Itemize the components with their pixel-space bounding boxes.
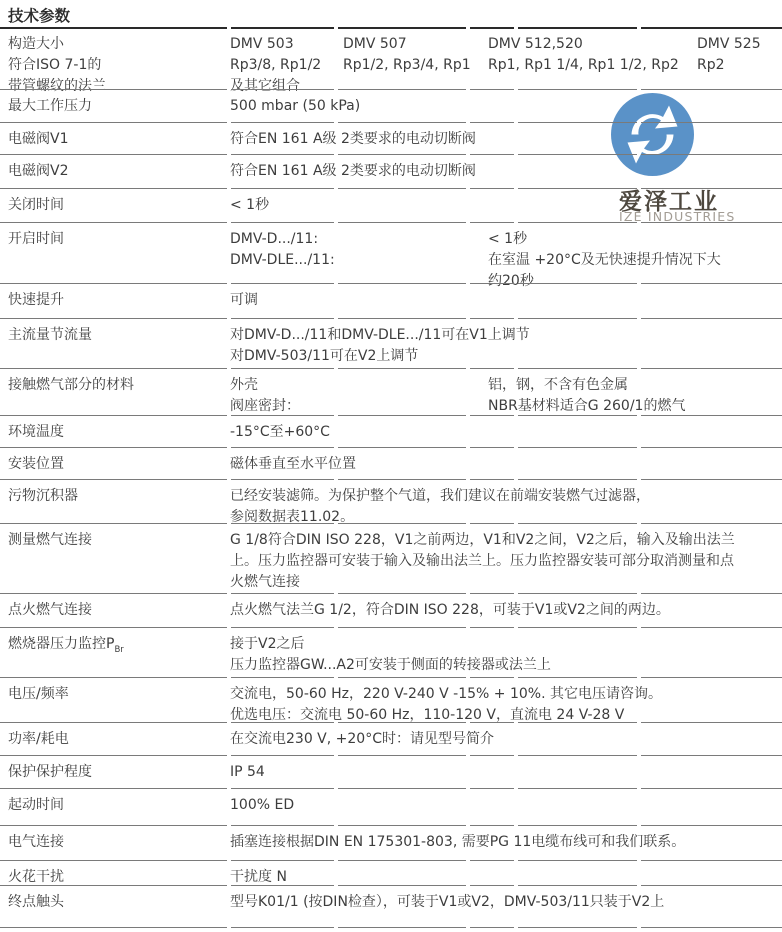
cell-value: 磁体垂直至水平位置 — [230, 454, 356, 475]
cell-value: < 1秒 — [230, 195, 269, 216]
cell-value: DMV 512,520Rp1, Rp1 1/4, Rp1 1/2, Rp2 — [488, 34, 679, 76]
row-separator — [0, 89, 782, 90]
table-row: 点火燃气连接点火燃气法兰G 1/2，符合DIN ISO 228，可装于V1或V2… — [0, 593, 782, 627]
table-row: 电磁阀V2符合EN 161 A级 2类要求的电动切断阀 — [0, 154, 782, 188]
row-label: 保护保护程度 — [8, 762, 92, 783]
table-row: 保护保护程度IP 54 — [0, 755, 782, 788]
row-label: 测量燃气连接 — [8, 530, 92, 551]
cell-value: -15°C至+60°C — [230, 422, 330, 443]
cell-value: 型号K01/1 (按DIN检查），可装于V1或V2，DMV-503/11只装于V… — [230, 892, 664, 913]
row-separator — [0, 415, 782, 416]
row-separator — [0, 788, 782, 789]
row-separator — [0, 188, 782, 189]
row-separator — [0, 677, 782, 678]
row-label: 电磁阀V1 — [8, 129, 68, 150]
row-separator — [0, 755, 782, 756]
table-row: 功率/耗电在交流电230 V, +20°C时：请见型号简介 — [0, 722, 782, 755]
cell-value: 接于V2之后压力监控器GW...A2可安装于侧面的转接器或法兰上 — [230, 634, 551, 676]
row-separator — [0, 27, 782, 29]
row-separator — [0, 593, 782, 594]
table-row: 污物沉积器已经安装滤筛。为保护整个气道，我们建议在前端安装燃气过滤器，参阅数据表… — [0, 479, 782, 523]
cell-value: 铝，钢，不含有色金属NBR基材料适合G 260/1的燃气 — [488, 375, 685, 417]
row-separator — [0, 283, 782, 284]
row-label: 接触燃气部分的材料 — [8, 375, 134, 396]
row-label: 点火燃气连接 — [8, 600, 92, 621]
cell-value: 点火燃气法兰G 1/2，符合DIN ISO 228，可装于V1或V2之间的两边。 — [230, 600, 670, 621]
row-separator — [0, 122, 782, 123]
table-row: 主流量节流量对DMV-D.../11和DMV-DLE.../11可在V1上调节对… — [0, 318, 782, 368]
row-label: 开启时间 — [8, 229, 64, 250]
table-row: 最大工作压力500 mbar (50 kPa) — [0, 89, 782, 122]
cell-value: 在交流电230 V, +20°C时：请见型号简介 — [230, 729, 494, 750]
row-label: 终点触头 — [8, 892, 64, 913]
cell-value: 符合EN 161 A级 2类要求的电动切断阀 — [230, 129, 476, 150]
table-row: 安装位置磁体垂直至水平位置 — [0, 447, 782, 479]
table-row: 环境温度-15°C至+60°C — [0, 415, 782, 447]
row-separator — [0, 523, 782, 524]
row-label: 电气连接 — [8, 832, 64, 853]
row-separator — [0, 479, 782, 480]
cell-value: 可调 — [230, 290, 258, 311]
table-row: 起动时间100% ED — [0, 788, 782, 825]
row-separator — [0, 318, 782, 319]
row-label: 最大工作压力 — [8, 96, 92, 117]
table-row: 电压/频率交流电，50-60 Hz，220 V-240 V -15% + 10%… — [0, 677, 782, 722]
table-row: 开启时间DMV-D.../11:DMV-DLE.../11:< 1秒在室温 +2… — [0, 222, 782, 283]
page-title: 技术参数 — [8, 4, 70, 26]
row-label: 构造大小符合ISO 7-1的带管螺纹的法兰 — [8, 34, 106, 97]
row-label: 燃烧器压力监控PBr — [8, 634, 124, 655]
row-separator — [0, 627, 782, 628]
table-row: 快速提升可调 — [0, 283, 782, 318]
table-row: 电磁阀V1符合EN 161 A级 2类要求的电动切断阀 — [0, 122, 782, 154]
cell-value: 插塞连接根据DIN EN 175301-803, 需要PG 11电缆布线可和我们… — [230, 832, 685, 853]
cell-value: DMV-D.../11:DMV-DLE.../11: — [230, 229, 335, 271]
row-separator — [0, 860, 782, 861]
row-label: 电压/频率 — [8, 684, 69, 705]
cell-value: IP 54 — [230, 762, 265, 783]
row-label: 主流量节流量 — [8, 325, 92, 346]
row-label: 起动时间 — [8, 795, 64, 816]
table-row: 电气连接插塞连接根据DIN EN 175301-803, 需要PG 11电缆布线… — [0, 825, 782, 860]
table-row: 终点触头型号K01/1 (按DIN检查），可装于V1或V2，DMV-503/11… — [0, 885, 782, 927]
row-separator — [0, 885, 782, 886]
table-row: 火花干扰干扰度 N — [0, 860, 782, 885]
row-label: 快速提升 — [8, 290, 64, 311]
spec-table-document: 技术参数 构造大小符合ISO 7-1的带管螺纹的法兰DMV 503Rp3/8, … — [0, 0, 782, 932]
cell-value: 交流电，50-60 Hz，220 V-240 V -15% + 10%. 其它电… — [230, 684, 662, 726]
row-label: 电磁阀V2 — [8, 161, 68, 182]
row-label: 关闭时间 — [8, 195, 64, 216]
cell-value: G 1/8符合DIN ISO 228，V1之前两边，V1和V2之间，V2之后，输… — [230, 530, 735, 593]
spec-table: 构造大小符合ISO 7-1的带管螺纹的法兰DMV 503Rp3/8, Rp1/2… — [0, 27, 782, 928]
cell-value: 符合EN 161 A级 2类要求的电动切断阀 — [230, 161, 476, 182]
label-subscript: Br — [114, 645, 123, 655]
row-separator — [0, 447, 782, 448]
table-row: 接触燃气部分的材料外壳阀座密封：铝，钢，不含有色金属NBR基材料适合G 260/… — [0, 368, 782, 415]
table-bottom-rule — [0, 927, 782, 928]
row-separator — [0, 368, 782, 369]
cell-value: 已经安装滤筛。为保护整个气道，我们建议在前端安装燃气过滤器，参阅数据表11.02… — [230, 486, 650, 528]
table-row: 燃烧器压力监控PBr接于V2之后压力监控器GW...A2可安装于侧面的转接器或法… — [0, 627, 782, 677]
cell-value: DMV 503Rp3/8, Rp1/2及其它组合 — [230, 34, 321, 97]
row-label: 功率/耗电 — [8, 729, 69, 750]
row-separator — [0, 825, 782, 826]
row-label: 安装位置 — [8, 454, 64, 475]
row-label: 污物沉积器 — [8, 486, 78, 507]
cell-value: 对DMV-D.../11和DMV-DLE.../11可在V1上调节对DMV-50… — [230, 325, 530, 367]
cell-value: 500 mbar (50 kPa) — [230, 96, 360, 117]
cell-value: DMV 507Rp1/2, Rp3/4, Rp1 — [343, 34, 471, 76]
row-label: 环境温度 — [8, 422, 64, 443]
datasheet-page: 爱泽工业 IZE INDUSTRIES 技术参数 构造大小符合ISO 7-1的带… — [0, 0, 782, 932]
row-separator — [0, 222, 782, 223]
table-row: 关闭时间< 1秒 — [0, 188, 782, 222]
cell-value: 外壳阀座密封： — [230, 375, 300, 417]
cell-value: DMV 525Rp2 — [697, 34, 761, 76]
cell-value: 100% ED — [230, 795, 294, 816]
row-separator — [0, 722, 782, 723]
table-row: 测量燃气连接G 1/8符合DIN ISO 228，V1之前两边，V1和V2之间，… — [0, 523, 782, 593]
table-row: 构造大小符合ISO 7-1的带管螺纹的法兰DMV 503Rp3/8, Rp1/2… — [0, 27, 782, 89]
row-separator — [0, 154, 782, 155]
